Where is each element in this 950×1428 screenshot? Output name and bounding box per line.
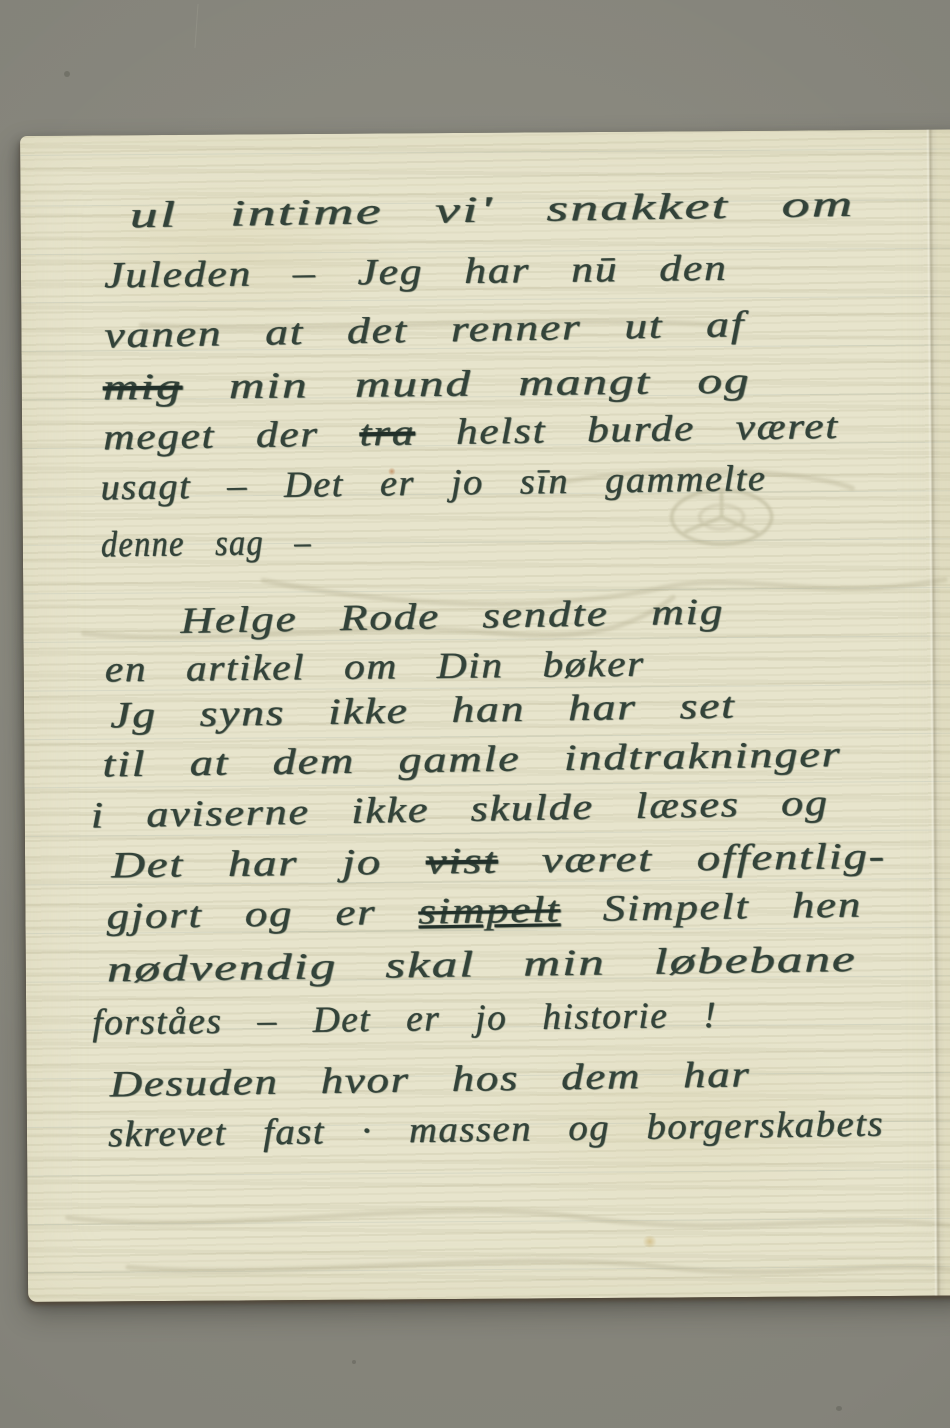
word-segment: en artikel om Din bøker — [105, 644, 645, 691]
word-segment: Det har jo — [111, 842, 426, 887]
handwriting-line: skrevet fast · massen og borgerskabets — [108, 1106, 884, 1154]
handwriting-line: mig min mund mangt og — [103, 363, 751, 407]
handwriting-line: vanen at det renner ut af — [104, 306, 745, 354]
word-segment: Helge Rode sendte mig — [180, 591, 724, 641]
handwriting-line: forståes – Det er jo historie ! — [92, 997, 717, 1042]
scratch-mark — [194, 4, 198, 48]
handwriting-line: Desuden hvor hos dem har — [109, 1056, 750, 1103]
word-segment: i aviserne ikke skulde læses og — [90, 783, 829, 837]
dust-speck — [352, 1360, 356, 1364]
struck-word: simpelt — [418, 889, 561, 932]
word-segment: meget der — [103, 413, 360, 458]
handwriting-line: Helge Rode sendte mig — [180, 593, 724, 639]
handwriting-line: i aviserne ikke skulde læses og — [90, 785, 829, 835]
word-segment: ul intime vi' snakket om — [129, 184, 854, 236]
photograph-of-letter: { "document": { "kind": "handwritten let… — [0, 0, 950, 1428]
word-segment: denne sag – — [101, 522, 312, 566]
word-segment: været offentlig- — [498, 836, 887, 882]
handwriting-line: Det har jo vist været offentlig- — [111, 838, 886, 884]
handwriting-line: nødvendig skal min løbebane — [107, 941, 857, 988]
handwriting-line: ul intime vi' snakket om — [129, 186, 854, 234]
word-segment: Juleden – Jeg har nū den — [104, 248, 728, 297]
handwriting-line: til at dem gamle indtrakninger — [102, 736, 841, 783]
handwriting-line: meget der tra helst burde været — [103, 408, 839, 457]
word-segment: gjort og er — [106, 892, 419, 938]
word-segment: Jg syns ikke han har set — [110, 686, 736, 737]
handwriting: ul intime vi' snakket omJuleden – Jeg ha… — [20, 129, 950, 1302]
handwriting-line: denne sag – — [101, 524, 312, 564]
dust-speck — [64, 71, 70, 77]
struck-word: vist — [425, 841, 498, 883]
word-segment: helst burde været — [415, 406, 839, 454]
word-segment: til at dem gamle indtrakninger — [102, 734, 841, 785]
word-segment: skrevet fast · massen og borgerskabets — [108, 1104, 885, 1156]
dust-speck — [836, 1406, 842, 1411]
handwriting-line: usagt – Det er jo sīn gammelte — [100, 460, 766, 506]
word-segment: min mund mangt og — [182, 361, 750, 408]
word-segment: usagt – Det er jo sīn gammelte — [100, 458, 766, 508]
word-segment: Simpelt hen — [560, 885, 862, 931]
word-segment: nødvendig skal min løbebane — [107, 939, 857, 990]
letter-paper: ul intime vi' snakket omJuleden – Jeg ha… — [20, 129, 950, 1302]
word-segment: forståes – Det er jo historie ! — [92, 995, 717, 1044]
handwriting-line: en artikel om Din bøker — [105, 646, 645, 689]
struck-word: tra — [359, 413, 415, 455]
handwriting-line: gjort og er simpelt Simpelt hen — [106, 887, 862, 936]
word-segment: vanen at det renner ut af — [104, 304, 745, 356]
struck-word: mig — [103, 367, 183, 409]
handwriting-line: Juleden – Jeg har nū den — [104, 250, 728, 295]
word-segment: Desuden hvor hos dem har — [109, 1054, 750, 1105]
handwriting-line: Jg syns ikke han har set — [110, 688, 736, 735]
